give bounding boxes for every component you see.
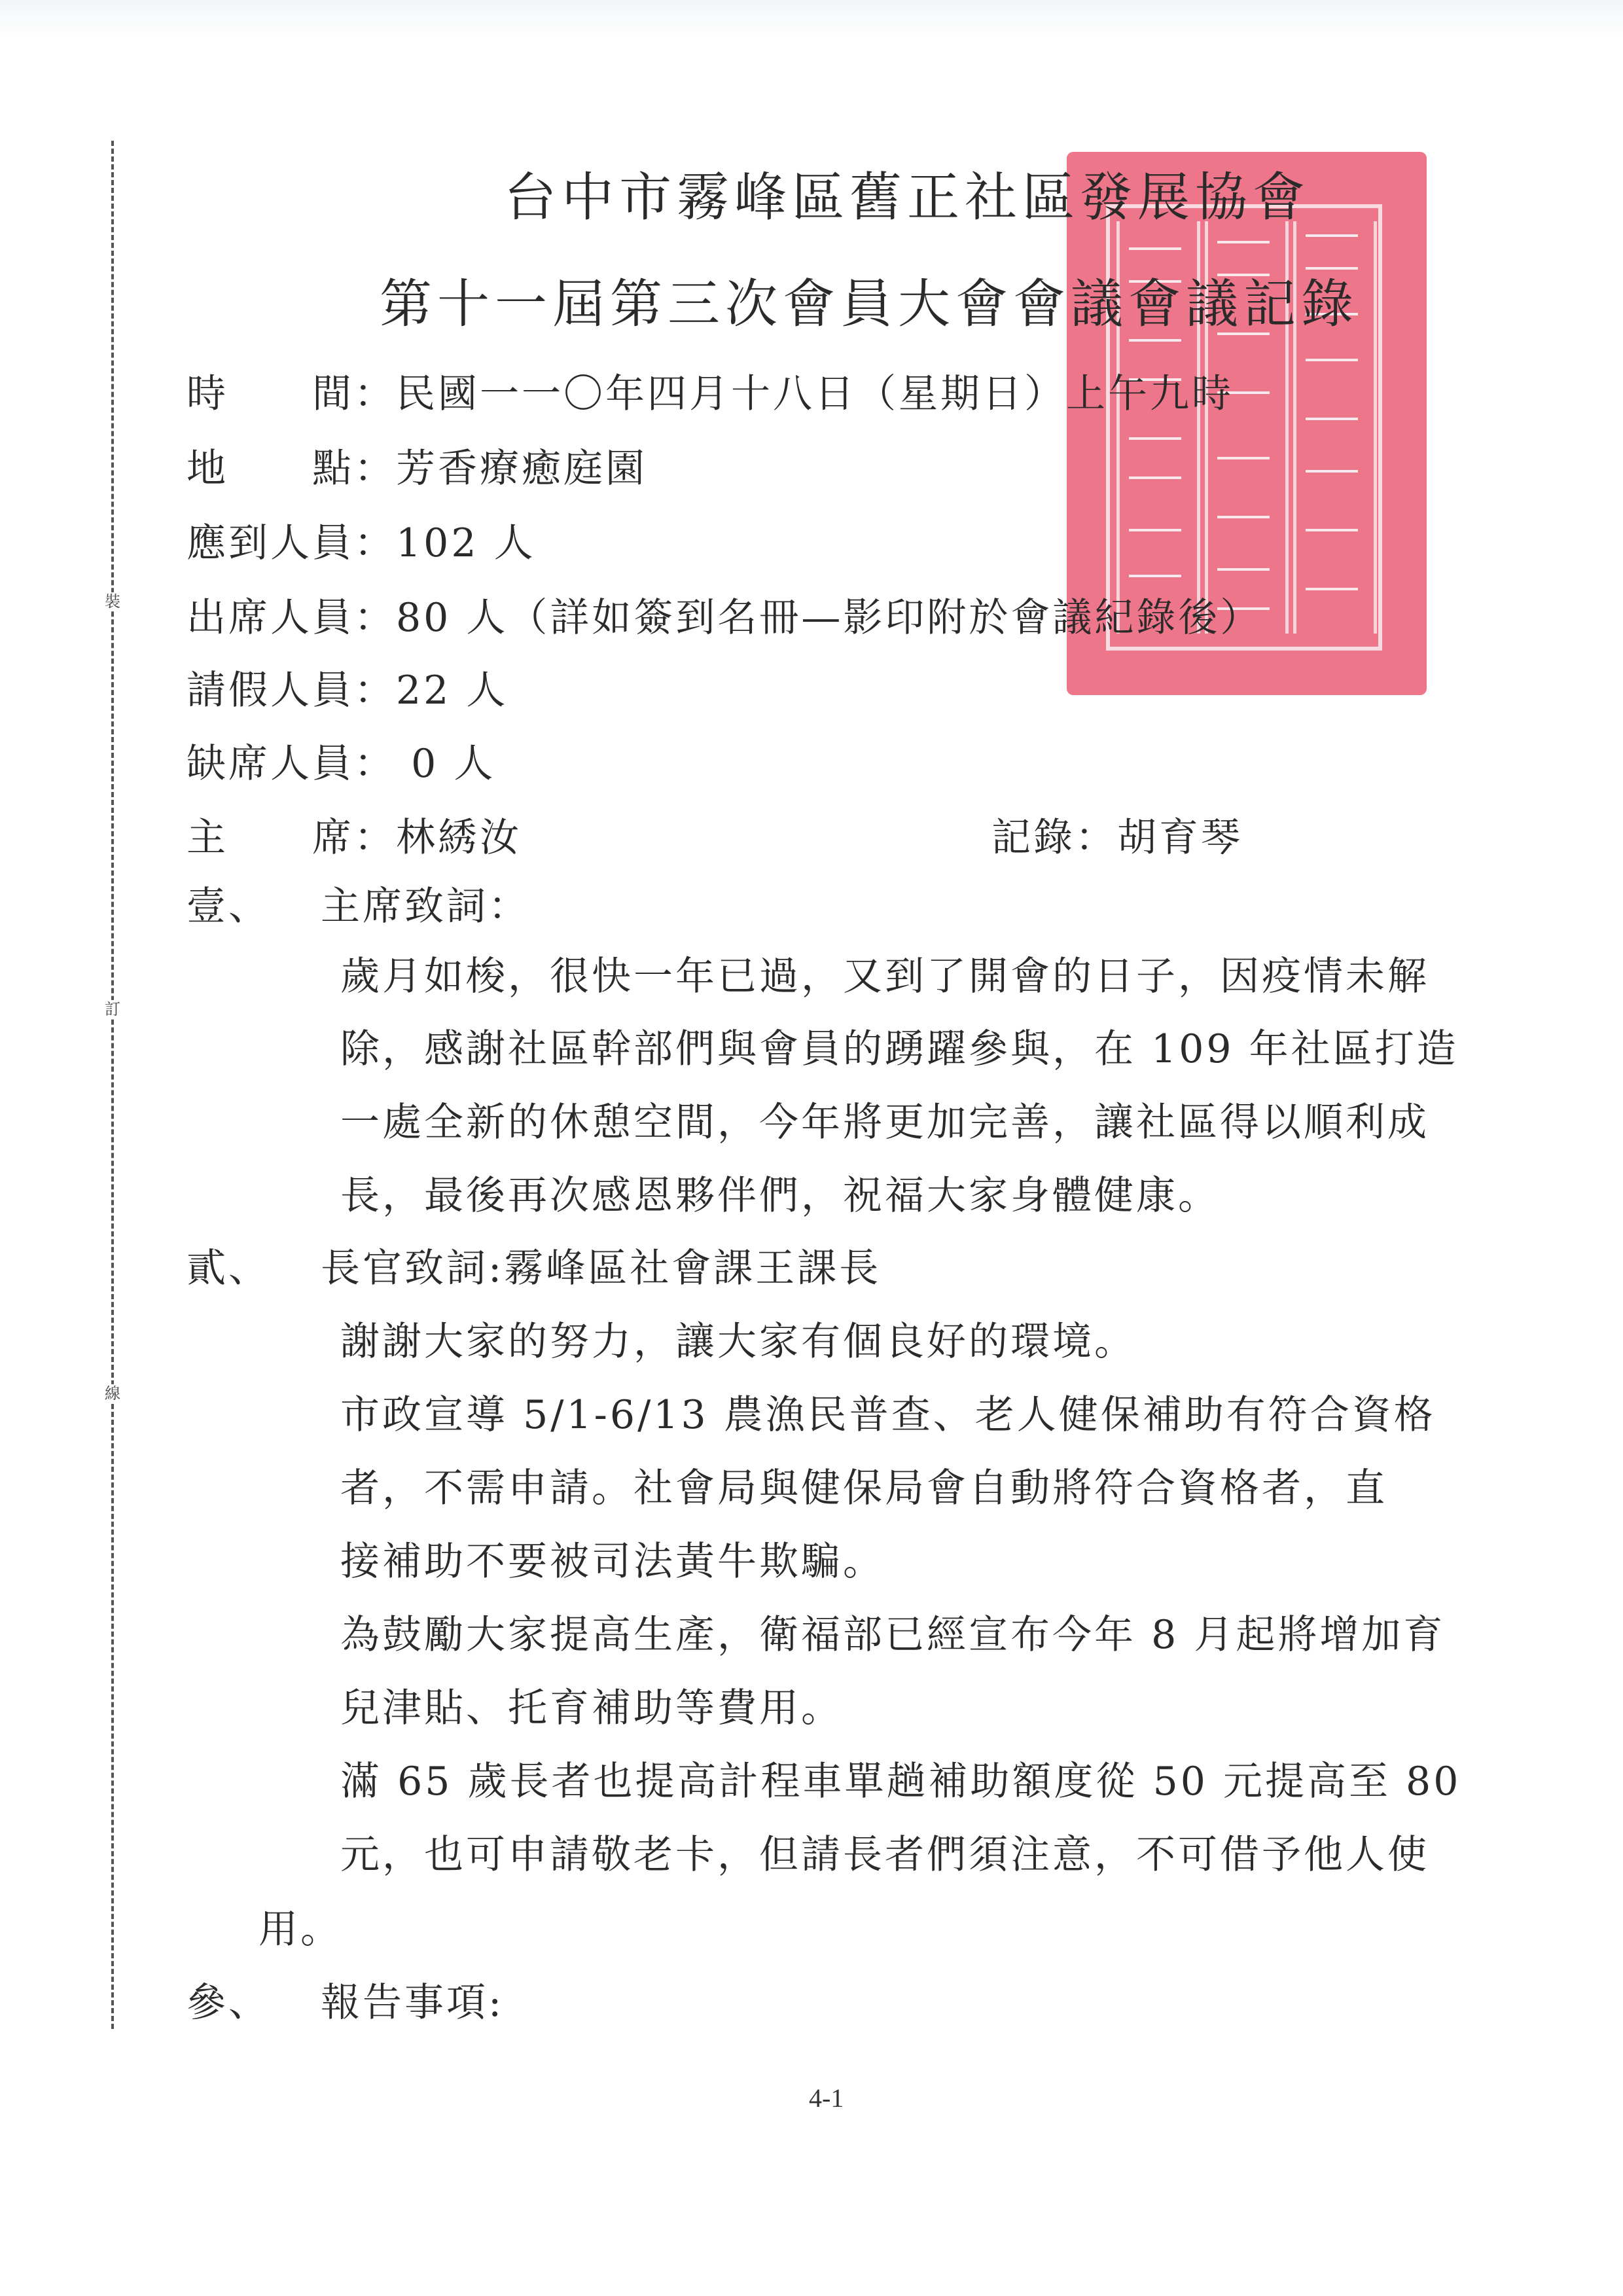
field-location-value: 芳香療癒庭園 bbox=[396, 446, 647, 492]
field-present-value: 80 人（詳如簽到名冊—影印附於會議紀錄後） bbox=[396, 595, 1262, 641]
section-1-heading: 主席致詞： bbox=[321, 887, 530, 926]
document-body: 台中市霧峰區舊正社區發展協會 第十一屆第三次會員大會會議會議記錄 時 間：民國一… bbox=[0, 0, 1623, 2296]
section-2-line: 兒津貼、托育補助等費用。 bbox=[340, 1689, 843, 1728]
section-1-line: 歲月如梭，很快一年已過，又到了開會的日子，因疫情未解 bbox=[340, 957, 1429, 996]
section-3-heading: 報告事項: bbox=[321, 1983, 504, 2022]
field-time-label: 時 間： bbox=[187, 371, 396, 417]
field-expected-value: 102 人 bbox=[396, 520, 536, 566]
section-2-line: 為鼓勵大家提高生產，衛福部已經宣布今年 8 月起將增加育 bbox=[340, 1615, 1445, 1655]
section-1-number: 壹、 bbox=[187, 887, 270, 926]
section-3-number: 參、 bbox=[187, 1983, 270, 2022]
field-absent-value: 0 人 bbox=[396, 741, 495, 787]
field-recorder-label: 記錄： bbox=[991, 815, 1117, 861]
field-absent-attendees: 缺席人員： 0 人 bbox=[187, 744, 495, 783]
section-1-line: 一處全新的休憩空間，今年將更加完善，讓社區得以順利成 bbox=[340, 1103, 1429, 1142]
field-time-value: 民國一一〇年四月十八日（星期日）上午九時 bbox=[396, 371, 1234, 417]
field-expected-label: 應到人員： bbox=[187, 520, 396, 566]
section-2-line: 謝謝大家的努力，讓大家有個良好的環境。 bbox=[340, 1322, 1136, 1361]
document-subtitle: 第十一屆第三次會員大會會議會議記錄 bbox=[380, 278, 1359, 331]
section-2-heading: 長官致詞:霧峰區社會課王課長 bbox=[321, 1249, 881, 1288]
section-2-line: 市政宣導 5/1-6/13 農漁民普查、老人健保補助有符合資格 bbox=[340, 1395, 1436, 1435]
field-leave-attendees: 請假人員：22 人 bbox=[187, 671, 508, 710]
field-leave-label: 請假人員： bbox=[187, 668, 396, 713]
field-recorder-value: 胡育琴 bbox=[1117, 815, 1243, 861]
document-title: 台中市霧峰區舊正社區發展協會 bbox=[504, 171, 1310, 224]
field-location-label: 地 點： bbox=[187, 446, 396, 492]
section-2-line: 滿 65 歲長者也提高計程車單趟補助額度從 50 元提高至 80 bbox=[340, 1762, 1461, 1801]
page-number: 4-1 bbox=[809, 2083, 844, 2113]
field-chair: 主 席：林綉汝 bbox=[187, 818, 522, 857]
field-time: 時 間：民國一一〇年四月十八日（星期日）上午九時 bbox=[187, 374, 1234, 414]
field-expected-attendees: 應到人員：102 人 bbox=[187, 524, 536, 563]
field-recorder: 記錄：胡育琴 bbox=[991, 818, 1243, 857]
section-2-line: 者，不需申請。社會局與健保局會自動將符合資格者，直 bbox=[340, 1469, 1387, 1508]
section-2-line: 接補助不要被司法黃牛欺騙。 bbox=[340, 1542, 885, 1581]
section-2-line: 用。 bbox=[259, 1910, 342, 1949]
section-1-line: 長，最後再次感恩夥伴們，祝福大家身體健康。 bbox=[340, 1176, 1220, 1215]
field-chair-label: 主 席： bbox=[187, 815, 396, 861]
field-present-attendees: 出席人員：80 人（詳如簽到名冊—影印附於會議紀錄後） bbox=[187, 598, 1262, 637]
section-2-line: 元，也可申請敬老卡，但請長者們須注意，不可借予他人使 bbox=[340, 1835, 1429, 1874]
section-2-number: 貳、 bbox=[187, 1249, 270, 1288]
section-1-line: 除，感謝社區幹部們與會員的踴躍參與，在 109 年社區打造 bbox=[340, 1030, 1459, 1069]
field-absent-label: 缺席人員： bbox=[187, 741, 396, 787]
field-chair-value: 林綉汝 bbox=[396, 815, 522, 861]
field-present-label: 出席人員： bbox=[187, 595, 396, 641]
field-location: 地 點：芳香療癒庭園 bbox=[187, 449, 647, 488]
field-leave-value: 22 人 bbox=[396, 668, 508, 713]
